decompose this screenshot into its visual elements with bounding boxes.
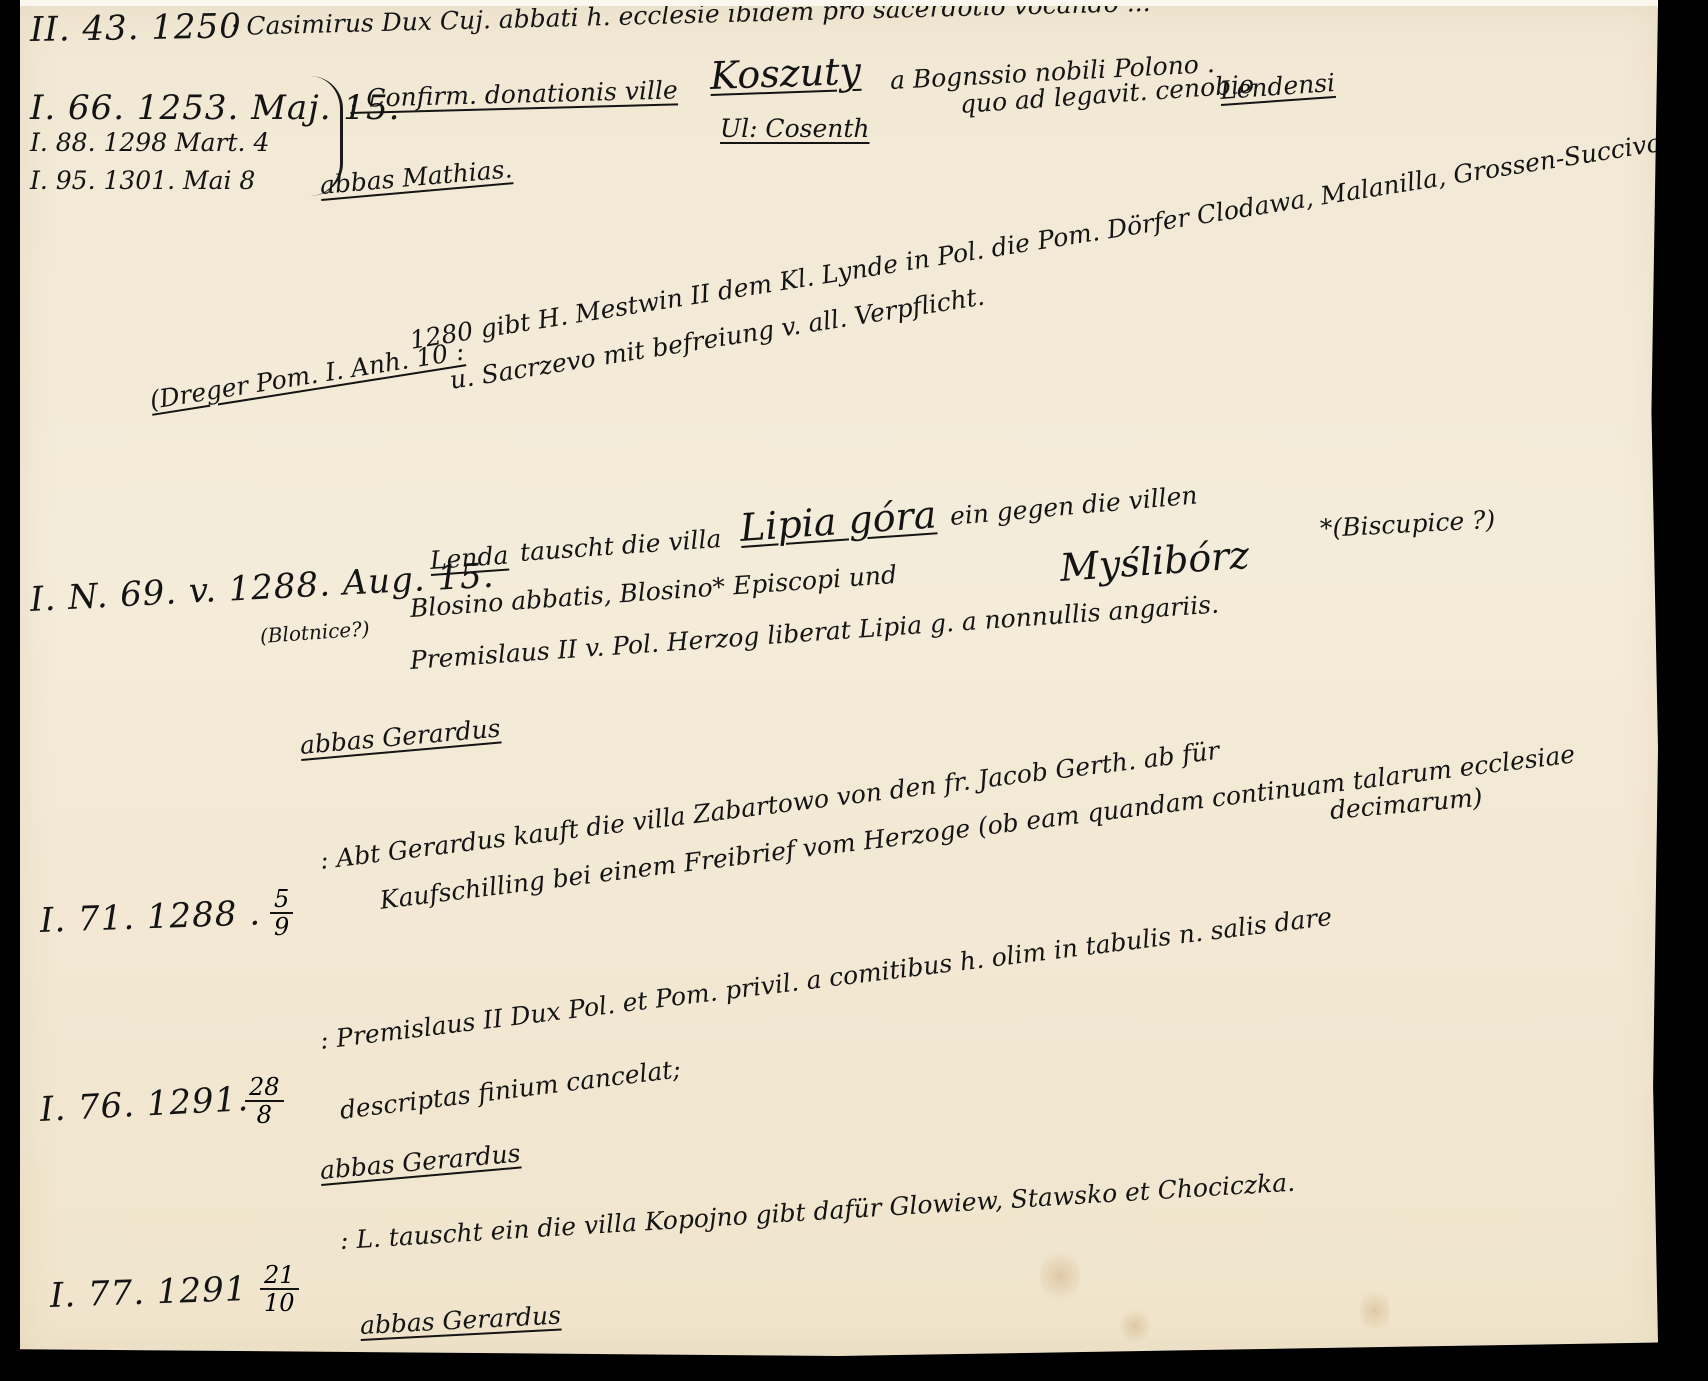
entry-7-abbot: abbas Gerardus [359,1300,561,1339]
entry-4-abbot: abbas Gerardus [299,714,502,760]
entry-6-date-fraction: 28 8 [245,1074,284,1128]
entry-6-abbot: abbas Gerardus [319,1139,522,1185]
entry-3-text: 1280 gibt H. Mestwin II dem Kl. Lynde in… [408,128,1664,355]
entry-1-text: : Casimirus Dux Cuj. abbati h. ecclesie … [230,0,1151,41]
manuscript-page: II. 43. 1250 : Casimirus Dux Cuj. abbati… [20,6,1658,1356]
paper-stain [1120,1306,1150,1346]
entry-1-reference: II. 43. 1250 [30,6,243,50]
entry-4-text2: ein gegen die villen [949,480,1199,531]
entry-7-text: : L. tauscht ein die villa Kopojno gibt … [339,1168,1296,1255]
date-denominator: 8 [245,1102,284,1128]
entry-5-date-fraction: 5 9 [270,886,293,940]
paper-stain [1360,1286,1390,1336]
entry-7-reference: I. 77. 1291 [49,1269,248,1316]
entry-5-reference: I. 71. 1288 . [39,893,261,941]
entry-2-reference-3: I. 95. 1301. Mai 8 [30,166,255,195]
date-numerator: 5 [270,886,293,914]
date-denominator: 10 [260,1290,299,1316]
entry-4-place2: Lipia góra [738,492,937,550]
paper-stain [1040,1246,1080,1306]
entry-2-reference-2: I. 88. 1298 Mart. 4 [30,128,269,157]
entry-2-reference-1: I. 66. 1253. Maj. 15. [30,88,400,128]
entry-4-text1: tauscht die villa [519,524,722,567]
entry-4-place3: Myślibórz [1058,533,1250,590]
date-numerator: 21 [260,1262,299,1290]
entry-7-date-fraction: 21 10 [260,1262,299,1316]
entry-4-footnote: *(Biscupice ?) [1319,505,1496,543]
entry-4-line2-prefix: (Blotnice?) [259,616,370,648]
entry-2-abbot: abbas Mathias. [319,154,514,200]
entry-2-text: : Confirm. donationis ville [350,75,678,113]
date-numerator: 28 [245,1074,284,1102]
entry-2-place: Koszuty [709,49,861,98]
entry-6-line2: descriptas finium cancelat; [338,1054,682,1125]
date-denominator: 9 [270,914,293,940]
entry-4-place1: Lenda [429,541,509,575]
entry-2-note: Ul: Cosenth [720,114,870,143]
entry-6-text: : Premislaus II Dux Pol. et Pom. privil.… [318,902,1333,1055]
entry-6-reference: I. 76. 1291. [39,1079,250,1130]
